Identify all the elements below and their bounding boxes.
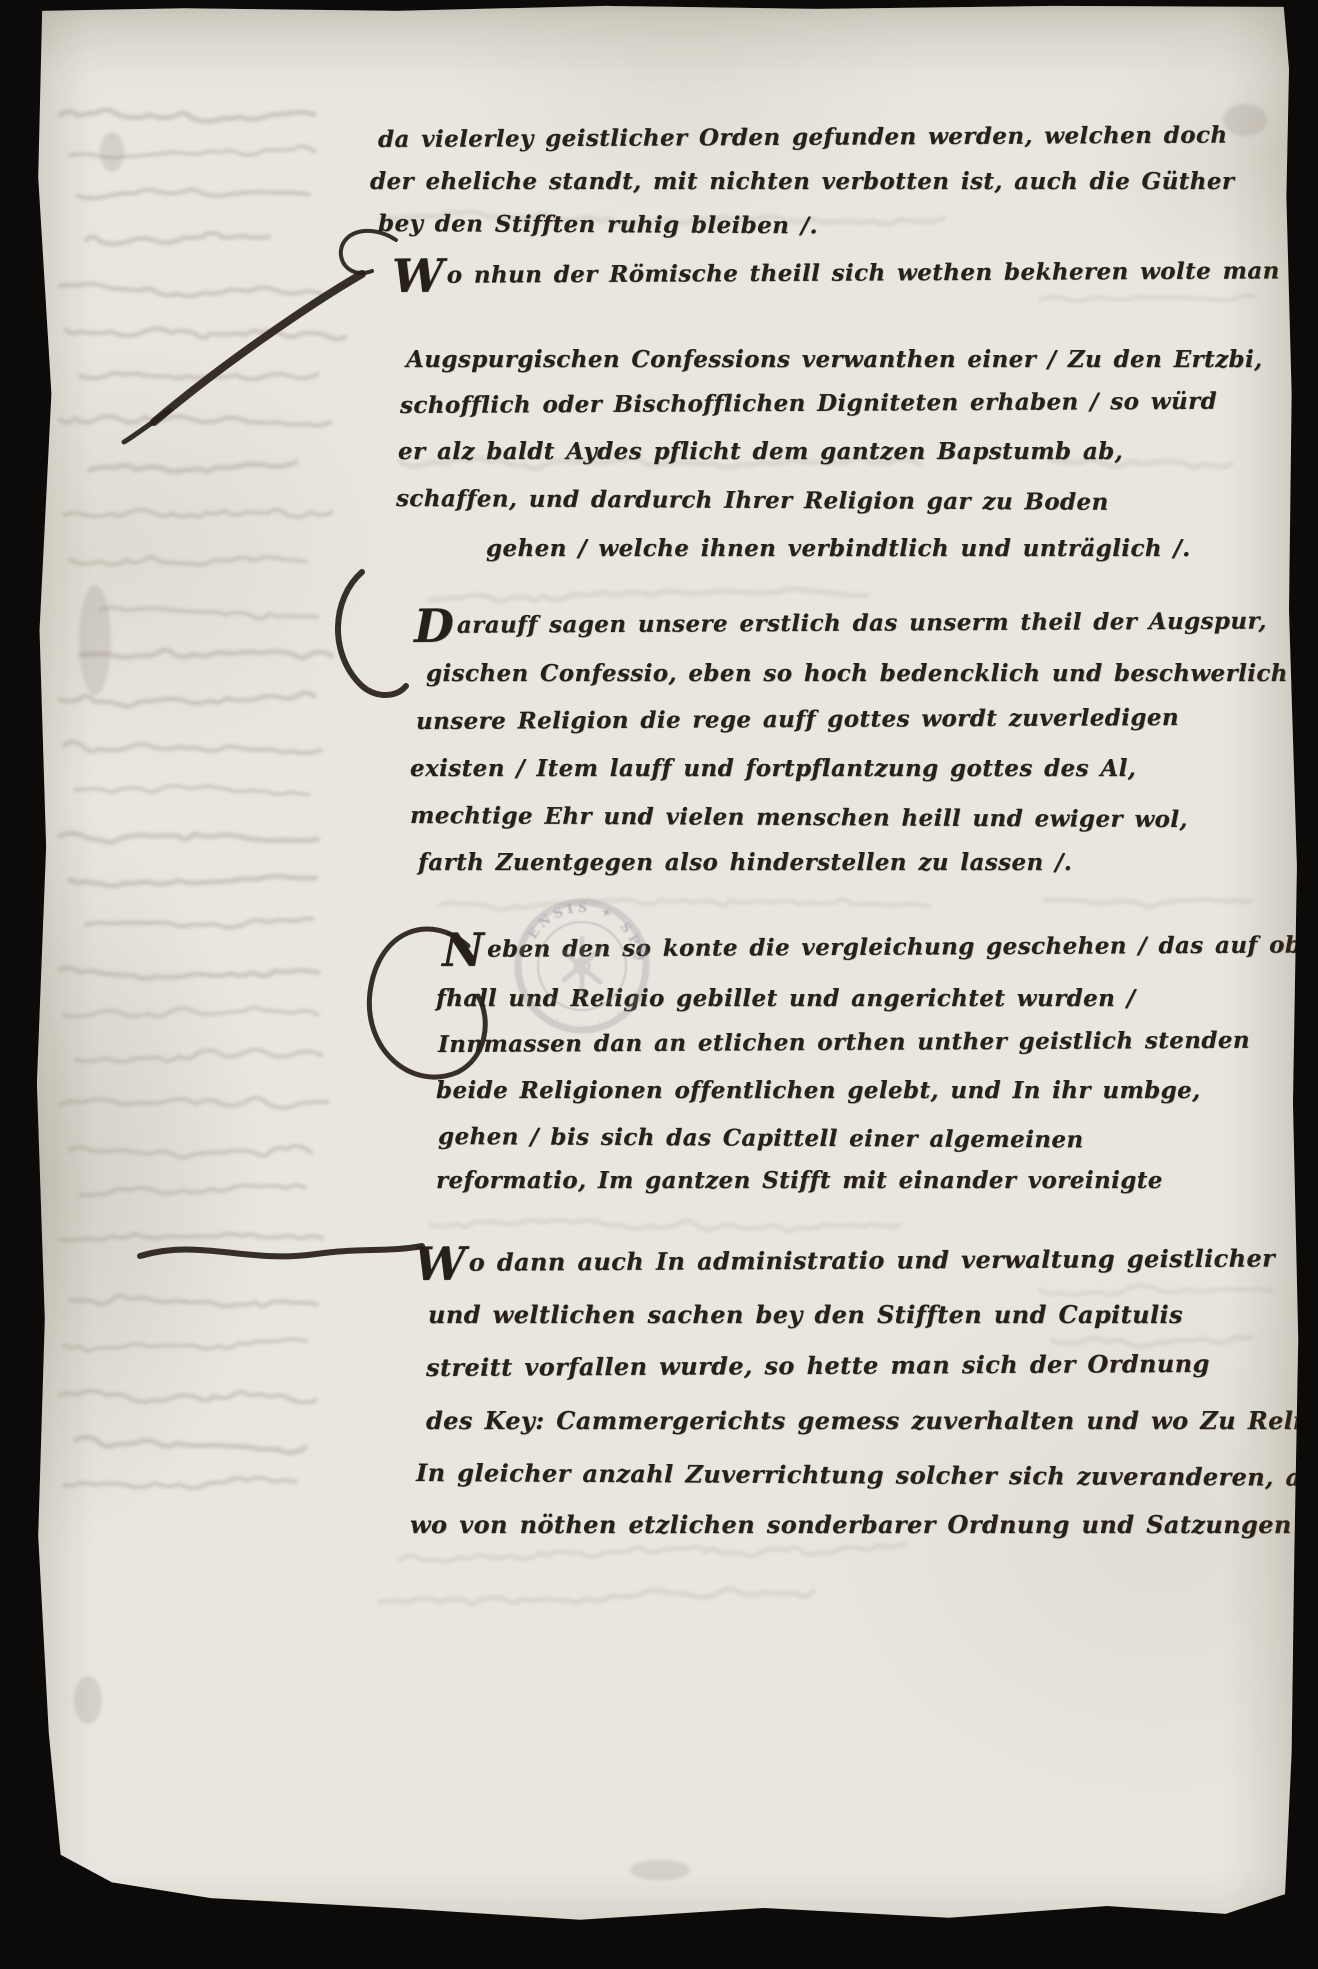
manuscript-line: des Key: Cammergerichts gemess zuverhalt…	[426, 1406, 1318, 1435]
manuscript-text-block: da vielerley geistlicher Orden gefunden …	[0, 0, 1318, 1969]
manuscript-line: Innmassen dan an etlichen orthen unther …	[438, 1027, 1250, 1058]
manuscript-line: gehen / bis sich das Capittell einer alg…	[438, 1123, 1084, 1153]
manuscript-line: schofflich oder Bischofflichen Dignitete…	[400, 388, 1217, 419]
manuscript-line: und weltlichen sachen bey den Stifften u…	[428, 1300, 1183, 1329]
manuscript-line: wo von nöthen etzlichen sonderbarer Ordn…	[410, 1510, 1313, 1539]
manuscript-line: Wo dann auch In administratio und verwal…	[414, 1243, 1275, 1277]
manuscript-line: streitt vorfallen wurde, so hette man si…	[426, 1349, 1210, 1382]
manuscript-line: unsere Religion die rege auff gottes wor…	[416, 704, 1179, 735]
manuscript-line: gehen / welche ihnen verbindtlich und un…	[486, 535, 1191, 562]
line-text: o nhun der Römische theill sich wethen b…	[447, 257, 1318, 289]
pen-flourish	[130, 1228, 430, 1278]
manuscript-line: schaffen, und dardurch Ihrer Religion ga…	[396, 485, 1109, 516]
line-text: arauff sagen unsere erstlich das unserm …	[457, 608, 1267, 639]
manuscript-line: beide Religionen offentlichen gelebt, un…	[436, 1077, 1201, 1104]
line-text: o dann auch In administratio und verwalt…	[469, 1243, 1276, 1276]
manuscript-line: existen / Item lauff und fortpflantzung …	[410, 755, 1136, 782]
initial-capital: W	[392, 249, 447, 303]
manuscript-line: In gleicher anzahl Zuverrichtung solcher…	[416, 1458, 1318, 1492]
manuscript-line: Neben den so konte die vergleichung gesc…	[442, 931, 1318, 963]
manuscript-line: der eheliche standt, mit nichten verbott…	[370, 168, 1234, 195]
initial-capital: D	[414, 599, 457, 653]
manuscript-line: Augspurgischen Confessions verwanthen ei…	[406, 346, 1263, 373]
manuscript-line: reformatio, Im gantzen Stifft mit einand…	[436, 1167, 1163, 1194]
manuscript-line: gischen Confessio, eben so hoch bedenckl…	[426, 660, 1288, 687]
manuscript-line: Darauff sagen unsere erstlich das unserm…	[414, 608, 1267, 639]
paper-sheet: da vielerley geistlicher Orden gefunden …	[0, 0, 1318, 1969]
manuscript-line: mechtige Ehr und vielen menschen heill u…	[410, 802, 1188, 833]
manuscript-line: farth Zuentgegen also hinderstellen zu l…	[418, 849, 1072, 876]
manuscript-line: bey den Stifften ruhig bleiben /.	[378, 210, 818, 239]
manuscript-line: Wo nhun der Römische theill sich wethen …	[392, 257, 1318, 289]
manuscript-line: er alz baldt Aydes pflicht dem gantzen B…	[398, 438, 1123, 465]
initial-capital: N	[442, 923, 487, 977]
manuscript-line: da vielerley geistlicher Orden gefunden …	[378, 122, 1228, 153]
scanned-page: da vielerley geistlicher Orden gefunden …	[0, 0, 1318, 1969]
manuscript-line: fhall und Religio gebillet und angericht…	[436, 985, 1135, 1012]
initial-capital: W	[414, 1237, 469, 1291]
line-text: eben den so konte die vergleichung gesch…	[487, 931, 1318, 963]
pen-flourish	[110, 220, 410, 450]
